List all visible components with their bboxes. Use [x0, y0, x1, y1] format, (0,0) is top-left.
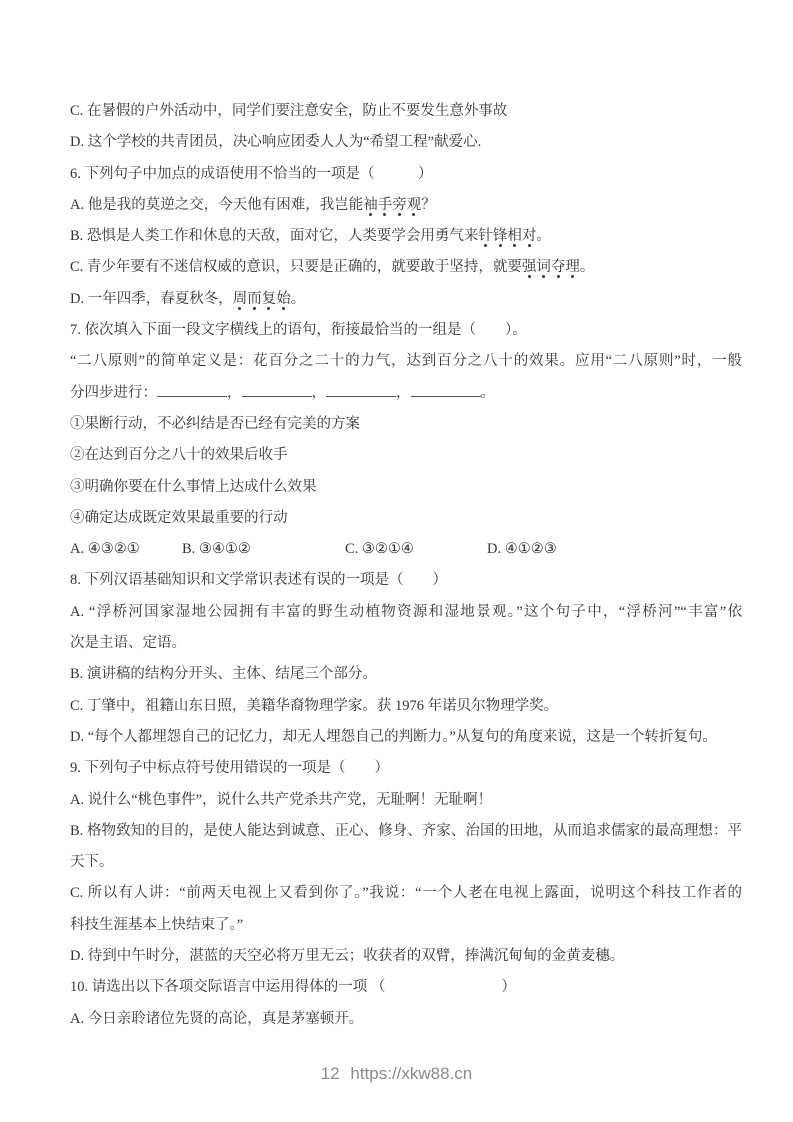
text-segment: ②在达到百分之八十的效果后收手 [70, 447, 288, 463]
text-segment: C. 在暑假的户外活动中，同学们要注意安全，防止不要发生意外事故 [70, 103, 507, 119]
text-line: 8. 下列汉语基础知识和文学常识表述有误的一项是（ ） [70, 565, 742, 596]
text-segment: ①果断行动，不必纠结是否已经有完美的方案 [70, 416, 360, 432]
text-line: B. 格物致知的目的，是使人能达到诚意、正心、修身、齐家、治国的田地，从而追求儒… [70, 816, 742, 847]
emphasis-dot-char: 周 [233, 291, 248, 307]
page-footer: 12 https://xkw88.cn [0, 1064, 793, 1084]
text-segment: 。 [536, 228, 551, 244]
text-segment: A. “浮桥河国家湿地公园拥有丰富的野生动植物资源和湿地景观。”这个句子中，“浮… [70, 604, 742, 620]
text-line: 10. 请选出以下各项交际语言中运用得体的一项 （ ） [70, 972, 742, 1003]
text-segment: 天下。 [70, 854, 114, 870]
text-segment: 7. 依次填入下面一段文字横线上的语句，衔接最恰当的一组是（ ）。 [70, 322, 527, 338]
text-segment: D. “每个人都埋怨自己的记忆力，却无人埋怨自己的判断力。”从复句的角度来说，这… [70, 729, 717, 745]
text-segment: 9. 下列句子中标点符号使用错误的一项是（ ） [70, 760, 389, 776]
choice-option: D. ④①②③ [487, 534, 557, 565]
emphasis-dot-char: 理 [565, 259, 580, 275]
text-segment: B. 演讲稿的结构分开头、主体、结尾三个部分。 [70, 666, 377, 682]
emphasis-dot-char: 而 [247, 291, 262, 307]
emphasis-dot-char: 复 [262, 291, 277, 307]
text-segment: B. 格物致知的目的，是使人能达到诚意、正心、修身、齐家、治国的田地，从而追求儒… [70, 823, 742, 839]
answer-blank [326, 383, 396, 397]
text-segment: “二八原则”的简单定义是：花百分之二十的力气，达到百分之八十的效果。应用“二八原… [70, 353, 742, 369]
text-segment: ？ [421, 197, 436, 213]
text-segment: 8. 下列汉语基础知识和文学常识表述有误的一项是（ ） [70, 572, 447, 588]
text-line: ④确定达成既定效果最重要的行动 [70, 503, 742, 534]
text-line: A. “浮桥河国家湿地公园拥有丰富的野生动植物资源和湿地景观。”这个句子中，“浮… [70, 597, 742, 628]
text-segment: B. 恐惧是人类工作和休息的天敌，面对它，人类要学会用勇气来 [70, 228, 478, 244]
text-segment: C. 丁肇中，祖籍山东日照，美籍华裔物理学家。获 1976 年诺贝尔物理学奖。 [70, 698, 558, 714]
text-line: ②在达到百分之八十的效果后收手 [70, 440, 742, 471]
emphasis-dot-char: 始 [276, 291, 291, 307]
text-segment: ， [227, 385, 242, 401]
answer-blank [242, 383, 312, 397]
text-segment: 科技生涯基本上快结束了。” [70, 917, 243, 933]
text-line: D. “每个人都埋怨自己的记忆力，却无人埋怨自己的判断力。”从复句的角度来说，这… [70, 722, 742, 753]
choice-row: A. ④③②①B. ③④①②C. ③②①④D. ④①②③ [70, 534, 742, 565]
emphasized-idiom: 针锋相对 [478, 228, 536, 244]
emphasis-dot-char: 相 [507, 228, 522, 244]
page-number: 12 [321, 1064, 340, 1083]
text-segment: 。 [291, 291, 306, 307]
text-segment: A. 今日亲聆诸位先贤的高论，真是茅塞顿开。 [70, 1011, 363, 1027]
answer-blank [411, 383, 481, 397]
text-line: C. 在暑假的户外活动中，同学们要注意安全，防止不要发生意外事故 [70, 96, 742, 127]
emphasis-dot-char: 对 [522, 228, 537, 244]
answer-blank [157, 383, 227, 397]
text-line: A. 说什么“桃色事件”，说什么共产党杀共产党，无耻啊！无耻啊！ [70, 785, 742, 816]
text-segment: C. 青少年要有不迷信权威的意识，只要是正确的，就要敢于坚持，就要 [70, 259, 522, 275]
text-line: D. 这个学校的共青团员，决心响应团委人人为“希望工程”献爱心. [70, 127, 742, 158]
text-line: 次是主语、定语。 [70, 628, 742, 659]
text-segment: A. 他是我的莫逆之交，今天他有困难，我岂能 [70, 197, 363, 213]
text-line: A. 今日亲聆诸位先贤的高论，真是茅塞顿开。 [70, 1004, 742, 1035]
emphasis-dot-char: 袖 [363, 197, 378, 213]
text-line: A. 他是我的莫逆之交，今天他有困难，我岂能袖手旁观？ [70, 190, 742, 221]
emphasis-dot-char: 锋 [493, 228, 508, 244]
text-line: “二八原则”的简单定义是：花百分之二十的力气，达到百分之八十的效果。应用“二八原… [70, 346, 742, 377]
footer-url: https://xkw88.cn [350, 1064, 472, 1083]
document-body: C. 在暑假的户外活动中，同学们要注意安全，防止不要发生意外事故D. 这个学校的… [70, 96, 742, 1035]
choice-option: A. ④③②① [70, 534, 182, 565]
emphasis-dot-char: 强 [522, 259, 537, 275]
emphasized-idiom: 袖手旁观 [363, 197, 421, 213]
text-segment: A. 说什么“桃色事件”，说什么共产党杀共产党，无耻啊！无耻啊！ [70, 792, 492, 808]
text-segment: 。 [481, 385, 496, 401]
choice-option: B. ③④①② [182, 534, 345, 565]
emphasized-idiom: 强词夺理 [522, 259, 580, 275]
text-segment: ③明确你要在什么事情上达成什么效果 [70, 479, 317, 495]
text-segment: 次是主语、定语。 [70, 635, 186, 651]
text-line: ③明确你要在什么事情上达成什么效果 [70, 472, 742, 503]
emphasis-dot-char: 夺 [551, 259, 566, 275]
text-segment: ， [312, 385, 327, 401]
emphasis-dot-char: 旁 [392, 197, 407, 213]
text-segment: C. 所以有人讲：“前两天电视上又看到你了。”我说：“一个人老在电视上露面，说明… [70, 885, 742, 901]
text-line: ①果断行动，不必纠结是否已经有完美的方案 [70, 409, 742, 440]
text-line: C. 所以有人讲：“前两天电视上又看到你了。”我说：“一个人老在电视上露面，说明… [70, 878, 742, 909]
text-segment: 。 [580, 259, 595, 275]
text-line: C. 丁肇中，祖籍山东日照，美籍华裔物理学家。获 1976 年诺贝尔物理学奖。 [70, 691, 742, 722]
text-segment: 10. 请选出以下各项交际语言中运用得体的一项 （ ） [70, 979, 516, 995]
text-line: 9. 下列句子中标点符号使用错误的一项是（ ） [70, 753, 742, 784]
choice-option: C. ③②①④ [345, 534, 487, 565]
text-line: 天下。 [70, 847, 742, 878]
text-line: 分四步进行：，，，。 [70, 378, 742, 409]
text-segment: ， [396, 385, 411, 401]
emphasis-dot-char: 观 [407, 197, 422, 213]
text-line: B. 演讲稿的结构分开头、主体、结尾三个部分。 [70, 659, 742, 690]
text-segment: ④确定达成既定效果最重要的行动 [70, 510, 288, 526]
text-line: D. 一年四季，春夏秋冬，周而复始。 [70, 284, 742, 315]
text-line: 科技生涯基本上快结束了。” [70, 910, 742, 941]
text-segment: 分四步进行： [70, 385, 157, 401]
emphasis-dot-char: 手 [378, 197, 393, 213]
emphasized-idiom: 周而复始 [233, 291, 291, 307]
text-line: 7. 依次填入下面一段文字横线上的语句，衔接最恰当的一组是（ ）。 [70, 315, 742, 346]
text-line: C. 青少年要有不迷信权威的意识，只要是正确的，就要敢于坚持，就要强词夺理。 [70, 252, 742, 283]
emphasis-dot-char: 词 [536, 259, 551, 275]
text-line: B. 恐惧是人类工作和休息的天敌，面对它，人类要学会用勇气来针锋相对。 [70, 221, 742, 252]
text-segment: 6. 下列句子中加点的成语使用不恰当的一项是（ ） [70, 166, 433, 182]
text-line: 6. 下列句子中加点的成语使用不恰当的一项是（ ） [70, 159, 742, 190]
text-line: D. 待到中午时分，湛蓝的天空必将万里无云；收获者的双臂，捧满沉甸甸的金黄麦穗。 [70, 941, 742, 972]
text-segment: D. 一年四季，春夏秋冬， [70, 291, 233, 307]
text-segment: D. 这个学校的共青团员，决心响应团委人人为“希望工程”献爱心. [70, 134, 481, 150]
text-segment: D. 待到中午时分，湛蓝的天空必将万里无云；收获者的双臂，捧满沉甸甸的金黄麦穗。 [70, 948, 624, 964]
emphasis-dot-char: 针 [478, 228, 493, 244]
